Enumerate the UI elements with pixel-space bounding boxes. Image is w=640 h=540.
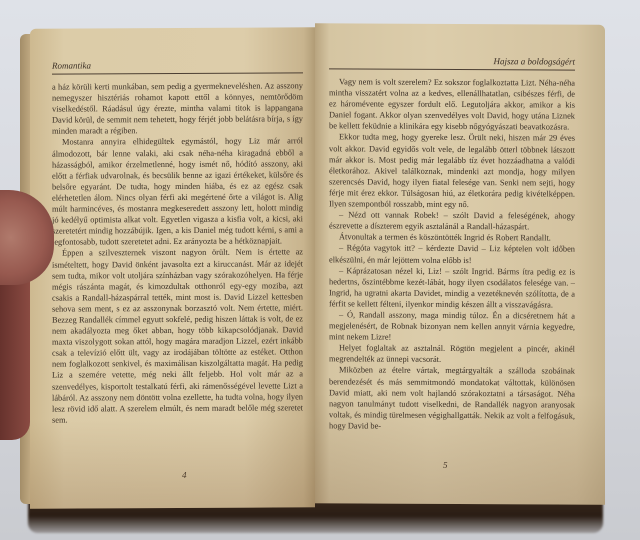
left-running-header: Romantika <box>52 60 91 70</box>
left-page-number: 4 <box>182 470 187 480</box>
right-page-number: 5 <box>443 460 448 470</box>
right-header-rule <box>329 68 575 70</box>
paragraph: Ekkor tudta meg, hogy gyereke lesz. Örül… <box>329 132 575 211</box>
paragraph: – Régóta vagytok itt? – kérdezte David –… <box>329 243 575 266</box>
paragraph: – Nézd ott vannak Robek! – szólt David a… <box>329 209 575 232</box>
paragraph: Mostanra annyira elhidegültek egymástól,… <box>52 136 303 248</box>
paragraph: a ház körüli kerti munkában, sem pedig a… <box>52 80 303 137</box>
right-page: Hajsza a boldogságért Vagy nem is volt s… <box>315 23 605 505</box>
left-page: Romantika a ház körüli kerti munkában, s… <box>30 27 315 508</box>
paragraph: Miközben az ételre vártak, megtárgyalták… <box>329 365 575 433</box>
left-header-rule <box>52 72 303 74</box>
left-page-text: a ház körüli kerti munkában, sem pedig a… <box>52 80 303 425</box>
right-running-header: Hajsza a boldogságért <box>493 56 575 66</box>
right-page-text: Vagy nem is volt szerelem? Ez sokszor fo… <box>329 76 575 432</box>
paragraph: Éppen a szilveszternek viszont nagyon ör… <box>52 247 303 426</box>
paragraph: – Káprázatosan nézel ki, Liz! – szólt In… <box>329 265 575 311</box>
paragraph: Helyet foglaltak az asztalnál. Rögtön me… <box>329 343 575 366</box>
paragraph: – Ó, Randall asszony, maga mindig túloz.… <box>329 309 575 344</box>
paragraph: Vagy nem is volt szerelem? Ez sokszor fo… <box>329 76 575 133</box>
